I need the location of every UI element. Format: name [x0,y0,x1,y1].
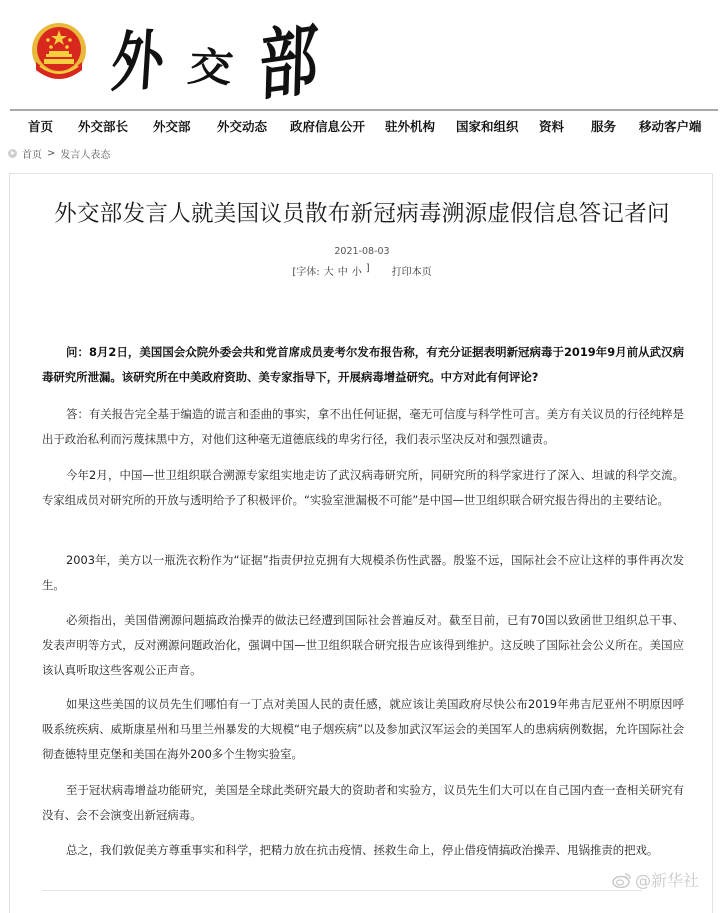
nav-item-minister[interactable]: 外交部长 [78,117,128,135]
weibo-icon [612,872,632,888]
breadcrumb: 首页 > 发言人表态 [8,146,110,160]
nav-item-missions[interactable]: 驻外机构 [385,117,435,135]
article-paragraph: 至于冠状病毒增益功能研究，美国是全球此类研究最大的资助者和实验方，议员先生们大可… [42,778,684,828]
nav-item-mobile[interactable]: 移动客户端 [639,117,702,135]
font-medium-button[interactable]: 中 [338,263,348,278]
logo-char-1: 外 [109,7,169,104]
font-small-button[interactable]: 小 [352,263,362,278]
article-paragraph: 今年2月，中国—世卫组织联合溯源专家组实地走访了武汉病毒研究所，同研究所的科学家… [42,463,684,513]
article-paragraph: 如果这些美国的议员先生们哪怕有一丁点对美国人民的责任感，就应该让美国政府尽快公布… [42,692,684,767]
logo-char-3: 部 [258,0,322,116]
article-bottom-divider [42,890,642,891]
article-paragraph: 必须指出，美国借溯源问题搞政治操弄的做法已经遭到国际社会普遍反对。截至目前，已有… [42,608,684,683]
nav-item-resources[interactable]: 资料 [539,117,564,135]
nav-item-services[interactable]: 服务 [591,117,616,135]
article-question: 问：8月2日，美国国会众院外委会共和党首席成员麦考尔发布报告称，有充分证据表明新… [42,340,684,390]
site-logo-calligraphy[interactable]: 外 交 部 [107,8,325,103]
breadcrumb-arrow-icon [8,149,17,158]
font-size-controls: [字体: 大 中 小 ] [292,263,369,278]
font-large-button[interactable]: 大 [324,263,334,278]
logo-char-2: 交 [185,34,239,93]
print-page-button[interactable]: 打印本页 [392,263,432,278]
breadcrumb-current-link[interactable]: 发言人表态 [60,146,110,161]
article-paragraph: 总之，我们敦促美方尊重事实和科学，把精力放在抗击疫情、拯救生命上，停止借疫情搞政… [42,838,684,863]
breadcrumb-home-link[interactable]: 首页 [22,146,42,161]
article-tools: [字体: 大 中 小 ] 打印本页 [0,263,724,278]
article-date: 2021-08-03 [0,246,724,257]
article-paragraph: 2003年，美方以一瓶洗衣粉作为“证据”指责伊拉克拥有大规模杀伤性武器。殷鉴不远… [42,548,684,598]
font-label-open: [字体: [292,263,319,278]
watermark-text: @新华社 [635,868,699,891]
watermark: @新华社 [612,868,699,891]
national-emblem-icon[interactable] [30,22,88,84]
site-header: 外 交 部 [0,0,724,105]
nav-item-countries[interactable]: 国家和组织 [456,117,519,135]
main-nav: 首页 外交部长 外交部 外交动态 政府信息公开 驻外机构 国家和组织 资料 服务… [0,111,724,141]
nav-item-home[interactable]: 首页 [28,117,53,135]
article-title: 外交部发言人就美国议员散布新冠病毒溯源虚假信息答记者问 [0,196,724,228]
font-label-close: ] [366,263,370,278]
nav-item-news[interactable]: 外交动态 [217,117,267,135]
nav-item-ministry[interactable]: 外交部 [153,117,191,135]
breadcrumb-separator: > [47,148,55,159]
article-answer-paragraph: 答：有关报告完全基于编造的谎言和歪曲的事实，拿不出任何证据，毫无可信度与科学性可… [42,402,684,452]
nav-item-gov-info[interactable]: 政府信息公开 [290,117,365,135]
